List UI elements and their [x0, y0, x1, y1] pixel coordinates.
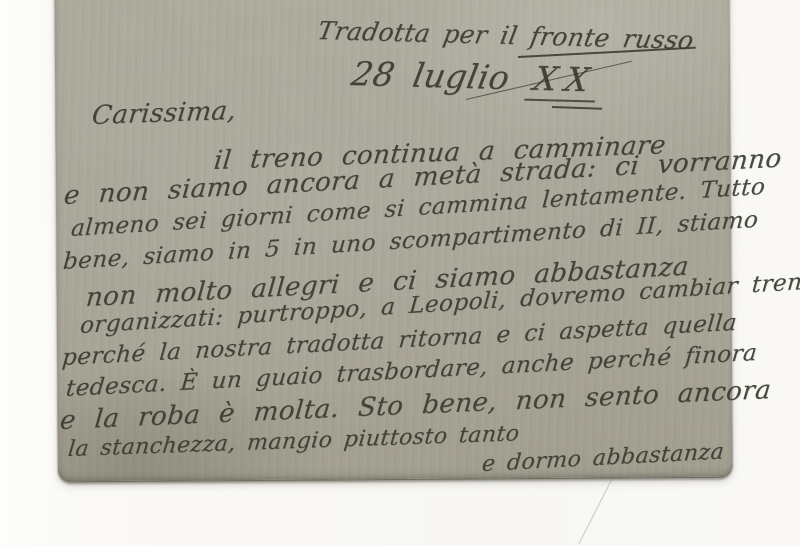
salutation: Carissima,: [90, 96, 237, 131]
scanned-postcard-image: Tradotta per il fronte russo 28 luglio X…: [0, 0, 800, 546]
date-year-roman-numeral: XX: [524, 59, 602, 103]
scan-artifact-line: [578, 478, 612, 544]
